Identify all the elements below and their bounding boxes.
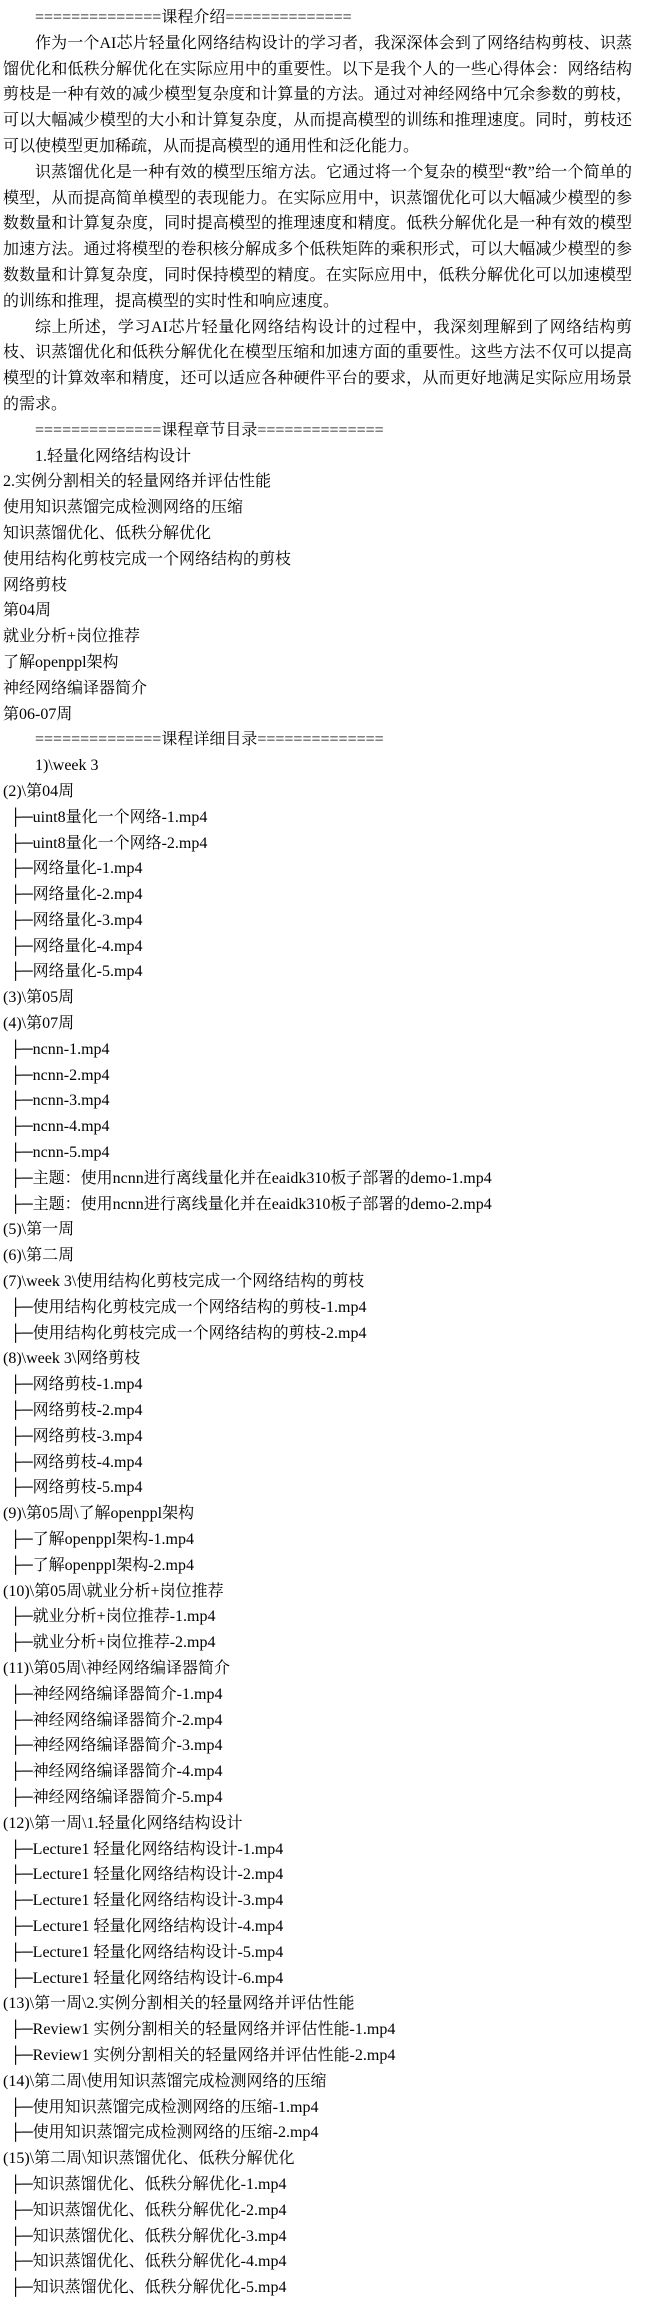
intro-paragraph-summary: 综上所述，学习AI芯片轻量化网络结构设计的过程中，我深刻理解到了网络结构剪枝、识… — [3, 315, 632, 418]
video-file-entry: ├─uint8量化一个网络-1.mp4 — [3, 805, 632, 831]
chapter-item: 第06-07周 — [3, 702, 632, 728]
section-chapter-toc: ==============课程章节目录============== 1.轻量化… — [3, 418, 632, 728]
video-file-entry: ├─ncnn-2.mp4 — [3, 1063, 632, 1089]
folder-entry: (14)\第二周\使用知识蒸馏完成检测网络的压缩 — [3, 2069, 632, 2095]
video-file-entry: ├─就业分析+岗位推荐-1.mp4 — [3, 1604, 632, 1630]
video-file-entry: ├─神经网络编译器简介-5.mp4 — [3, 1785, 632, 1811]
folder-entry: (2)\第04周 — [3, 779, 632, 805]
folder-entry: (4)\第07周 — [3, 1011, 632, 1037]
section-course-intro: ==============课程介绍============== 作为一个AI芯… — [3, 5, 632, 418]
chapter-item: 第04周 — [3, 598, 632, 624]
video-file-entry: ├─Review1 实例分割相关的轻量网络并评估性能-2.mp4 — [3, 2043, 632, 2069]
video-file-entry: ├─就业分析+岗位推荐-2.mp4 — [3, 1630, 632, 1656]
video-file-entry: ├─网络剪枝-3.mp4 — [3, 1424, 632, 1450]
course-intro-heading: ==============课程介绍============== — [3, 5, 632, 31]
chapter-item: 神经网络编译器简介 — [3, 676, 632, 702]
chapter-item: 2.实例分割相关的轻量网络并评估性能 — [3, 469, 632, 495]
video-file-entry: ├─网络量化-5.mp4 — [3, 959, 632, 985]
folder-entry: (15)\第二周\知识蒸馏优化、低秩分解优化 — [3, 2146, 632, 2172]
folder-entry: (5)\第一周 — [3, 1217, 632, 1243]
video-file-entry: ├─了解openppl架构-1.mp4 — [3, 1527, 632, 1553]
video-file-entry: ├─使用结构化剪枝完成一个网络结构的剪枝-2.mp4 — [3, 1321, 632, 1347]
video-file-entry: ├─知识蒸馏优化、低秩分解优化-5.mp4 — [3, 2275, 632, 2301]
folder-entry: (3)\第05周 — [3, 985, 632, 1011]
video-file-entry: ├─Lecture1 轻量化网络结构设计-3.mp4 — [3, 1888, 632, 1914]
folder-entry: (8)\week 3\网络剪枝 — [3, 1346, 632, 1372]
video-file-entry: ├─神经网络编译器简介-3.mp4 — [3, 1733, 632, 1759]
video-file-entry: ├─网络剪枝-5.mp4 — [3, 1475, 632, 1501]
video-file-entry: ├─ncnn-3.mp4 — [3, 1088, 632, 1114]
chapter-item: 就业分析+岗位推荐 — [3, 624, 632, 650]
video-file-entry: ├─网络剪枝-4.mp4 — [3, 1450, 632, 1476]
video-file-entry: ├─神经网络编译器简介-2.mp4 — [3, 1708, 632, 1734]
video-file-entry: ├─网络剪枝-1.mp4 — [3, 1372, 632, 1398]
video-file-entry: ├─使用知识蒸馏完成检测网络的压缩-1.mp4 — [3, 2095, 632, 2121]
chapter-item: 了解openppl架构 — [3, 650, 632, 676]
video-file-entry: ├─ncnn-5.mp4 — [3, 1140, 632, 1166]
section-detail-toc: ==============课程详细目录============== 1)\we… — [3, 727, 632, 2301]
video-file-entry: ├─Review1 实例分割相关的轻量网络并评估性能-1.mp4 — [3, 2017, 632, 2043]
intro-paragraph-distillation-lowrank: 识蒸馏优化是一种有效的模型压缩方法。它通过将一个复杂的模型“教”给一个简单的模型… — [3, 160, 632, 315]
video-file-entry: ├─主题：使用ncnn进行离线量化并在eaidk310板子部署的demo-2.m… — [3, 1192, 632, 1218]
chapter-item: 1.轻量化网络结构设计 — [3, 444, 632, 470]
folder-entry: (11)\第05周\神经网络编译器简介 — [3, 1656, 632, 1682]
intro-paragraph-pruning: 作为一个AI芯片轻量化网络结构设计的学习者，我深深体会到了网络结构剪枝、识蒸馏优… — [3, 31, 632, 160]
video-file-entry: ├─Lecture1 轻量化网络结构设计-4.mp4 — [3, 1914, 632, 1940]
video-file-entry: ├─Lecture1 轻量化网络结构设计-6.mp4 — [3, 1966, 632, 1992]
folder-entry: (13)\第一周\2.实例分割相关的轻量网络并评估性能 — [3, 1991, 632, 2017]
chapter-item: 使用知识蒸馏完成检测网络的压缩 — [3, 495, 632, 521]
video-file-entry: ├─主题：使用ncnn进行离线量化并在eaidk310板子部署的demo-1.m… — [3, 1166, 632, 1192]
video-file-entry: ├─Lecture1 轻量化网络结构设计-2.mp4 — [3, 1862, 632, 1888]
chapter-list: 1.轻量化网络结构设计2.实例分割相关的轻量网络并评估性能使用知识蒸馏完成检测网… — [3, 444, 632, 728]
folder-entry: (12)\第一周\1.轻量化网络结构设计 — [3, 1811, 632, 1837]
chapter-item: 使用结构化剪枝完成一个网络结构的剪枝 — [3, 547, 632, 573]
video-file-entry: ├─uint8量化一个网络-2.mp4 — [3, 831, 632, 857]
folder-entry: (6)\第二周 — [3, 1243, 632, 1269]
detail-list: 1)\week 3(2)\第04周├─uint8量化一个网络-1.mp4├─ui… — [3, 753, 632, 2301]
video-file-entry: ├─神经网络编译器简介-4.mp4 — [3, 1759, 632, 1785]
chapter-toc-heading: ==============课程章节目录============== — [3, 418, 632, 444]
video-file-entry: ├─知识蒸馏优化、低秩分解优化-2.mp4 — [3, 2198, 632, 2224]
video-file-entry: ├─Lecture1 轻量化网络结构设计-1.mp4 — [3, 1837, 632, 1863]
course-document: ==============课程介绍============== 作为一个AI芯… — [0, 0, 650, 2301]
detail-toc-heading: ==============课程详细目录============== — [3, 727, 632, 753]
video-file-entry: ├─知识蒸馏优化、低秩分解优化-1.mp4 — [3, 2172, 632, 2198]
video-file-entry: ├─ncnn-1.mp4 — [3, 1037, 632, 1063]
week-entry: 1)\week 3 — [3, 753, 632, 779]
video-file-entry: ├─神经网络编译器简介-1.mp4 — [3, 1682, 632, 1708]
folder-entry: (7)\week 3\使用结构化剪枝完成一个网络结构的剪枝 — [3, 1269, 632, 1295]
video-file-entry: ├─ncnn-4.mp4 — [3, 1114, 632, 1140]
video-file-entry: ├─网络量化-2.mp4 — [3, 882, 632, 908]
chapter-item: 知识蒸馏优化、低秩分解优化 — [3, 521, 632, 547]
video-file-entry: ├─Lecture1 轻量化网络结构设计-5.mp4 — [3, 1940, 632, 1966]
video-file-entry: ├─使用知识蒸馏完成检测网络的压缩-2.mp4 — [3, 2120, 632, 2146]
video-file-entry: ├─知识蒸馏优化、低秩分解优化-4.mp4 — [3, 2249, 632, 2275]
video-file-entry: ├─使用结构化剪枝完成一个网络结构的剪枝-1.mp4 — [3, 1295, 632, 1321]
video-file-entry: ├─网络量化-3.mp4 — [3, 908, 632, 934]
chapter-item: 网络剪枝 — [3, 573, 632, 599]
video-file-entry: ├─网络量化-1.mp4 — [3, 856, 632, 882]
folder-entry: (10)\第05周\就业分析+岗位推荐 — [3, 1579, 632, 1605]
folder-entry: (9)\第05周\了解openppl架构 — [3, 1501, 632, 1527]
video-file-entry: ├─网络量化-4.mp4 — [3, 934, 632, 960]
video-file-entry: ├─知识蒸馏优化、低秩分解优化-3.mp4 — [3, 2224, 632, 2250]
video-file-entry: ├─网络剪枝-2.mp4 — [3, 1398, 632, 1424]
video-file-entry: ├─了解openppl架构-2.mp4 — [3, 1553, 632, 1579]
